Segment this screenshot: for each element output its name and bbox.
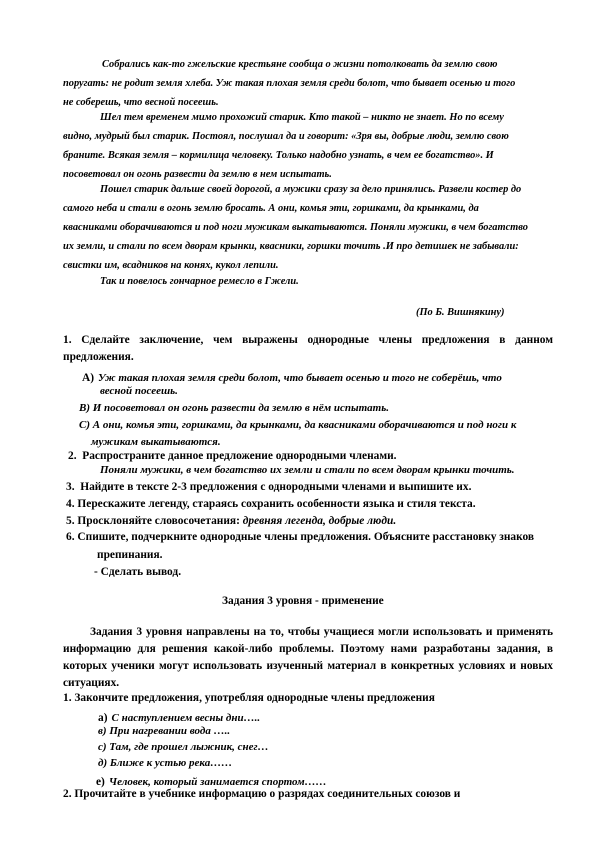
task-number: 6. (66, 531, 75, 543)
item-label: с) (98, 741, 107, 753)
task-6-text: 6. Спишите, подчеркните однородные члены… (66, 532, 534, 543)
task-number: 2. (68, 450, 77, 462)
item-label: В) (79, 402, 90, 414)
legend-line: квасниками оборачиваются и под ноги мужи… (63, 223, 528, 233)
task-instruction: Перескажите легенду, стараясь сохранить … (77, 498, 475, 510)
exercise-2-text: 2. Прочитайте в учебнике информацию о ра… (63, 789, 460, 800)
legend-line: Шел тем временем мимо прохожий старик. К… (100, 113, 504, 123)
legend-line: Собрались как-то гжельские крестьяне соо… (102, 60, 498, 70)
task-2-text: 2. Распространите данное предложение одн… (68, 451, 397, 462)
task-1-text: предложения. (63, 352, 134, 363)
level-3-heading: Задания 3 уровня - применение (222, 596, 384, 607)
task-instruction: Просклоняйте словосочетания: (77, 515, 242, 527)
item-text: Человек, который занимается спортом…… (109, 776, 327, 788)
legend-attribution: (По Б. Вишнякину) (416, 308, 505, 318)
task-1-item-b: В) И посоветовал он огонь развести да зе… (79, 403, 389, 414)
task-number: 3. (66, 481, 75, 493)
task-number: 5. (66, 515, 75, 527)
task-instruction: Спишите, подчеркните однородные члены пр… (77, 531, 534, 543)
exercise-1-item: е) Человек, который занимается спортом…… (96, 773, 327, 789)
task-4: 4. Перескажите легенду, стараясь сохрани… (66, 499, 476, 510)
item-label: в) (98, 725, 107, 737)
item-text: Ближе к устью река…… (110, 757, 232, 769)
task-6-conclusion: - Сделать вывод. (94, 567, 181, 578)
legend-line: Пошел старик дальше своей дорогой, а муж… (100, 185, 521, 195)
task-2-example: Поняли мужики, в чем богатство их земли … (100, 465, 515, 476)
legend-line: Так и повелось гончарное ремесло в Гжели… (100, 277, 299, 287)
task-3: 3. Найдите в тексте 2-3 предложения с од… (66, 482, 471, 493)
item-text: Уж такая плохая земля среди болот, что б… (98, 372, 502, 384)
legend-line: браните. Всякая земля – кормилица челове… (63, 151, 494, 161)
intro-line: которых ученики могут использовать изуче… (63, 661, 553, 672)
exercise-1-item: д) Ближе к устью река…… (98, 758, 232, 769)
task-1-text: 1. Сделайте заключение, чем выражены одн… (63, 335, 553, 346)
task-instruction: Распространите данное предложение одноро… (82, 450, 396, 462)
task-5-phrases: древняя легенда, добрые люди. (243, 515, 396, 527)
legend-line: свистки им, всадников на конях, кукол ле… (63, 261, 278, 271)
item-text: И посоветовал он огонь развести да землю… (93, 402, 389, 414)
item-text: Там, где прошел лыжник, снег… (109, 741, 268, 753)
task-5: 5. Просклоняйте словосочетания: древняя … (66, 516, 396, 527)
legend-line: их земли, и стали по всем дворам крынки,… (63, 242, 519, 252)
item-label: А) (82, 372, 94, 384)
exercise-1-item: в) При нагревании вода ….. (98, 726, 230, 737)
legend-line: самого неба и стали в огонь землю бросат… (63, 204, 479, 214)
task-number: 4. (66, 498, 75, 510)
item-text: С наступлением весны дни….. (112, 712, 261, 724)
document-page: Собрались как-то гжельские крестьяне соо… (0, 0, 595, 842)
exercise-1-item: с) Там, где прошел лыжник, снег… (98, 742, 269, 753)
task-1-item-c: С) А они, комья эти, горшками, да крынка… (79, 420, 516, 431)
item-label: С) (79, 419, 90, 431)
task-1-item-c-cont: мужикам выкатываются. (91, 437, 221, 448)
task-1-item-a-cont: весной посеешь. (100, 386, 178, 397)
exercise-1-text: 1. Закончите предложения, употребляя одн… (63, 693, 435, 704)
intro-line: информацию для решения какой-либо пробле… (63, 644, 553, 655)
exercise-1-item: а) С наступлением весны дни….. (98, 709, 260, 725)
task-6-text-cont: препинания. (97, 550, 162, 561)
item-text: А они, комья эти, горшками, да крынками,… (93, 419, 517, 431)
legend-line: не соберешь, что весной посеешь. (63, 98, 219, 108)
legend-line: посоветовал он огонь развести да землю в… (63, 170, 332, 180)
item-label: е) (96, 776, 105, 788)
legend-line: поругать: не родит земля хлеба. Уж такая… (63, 79, 515, 89)
intro-line: ситуациях. (63, 678, 119, 689)
legend-line: видно, мудрый был старик. Постоял, послу… (63, 132, 509, 142)
item-text: При нагревании вода ….. (109, 725, 230, 737)
item-label: а) (98, 712, 108, 724)
task-instruction: Найдите в тексте 2-3 предложения с однор… (80, 481, 471, 493)
item-label: д) (98, 757, 107, 769)
intro-line: Задания 3 уровня направлены на то, чтобы… (90, 627, 553, 638)
task-1-item-a: А) Уж такая плохая земля среди болот, чт… (82, 369, 502, 385)
